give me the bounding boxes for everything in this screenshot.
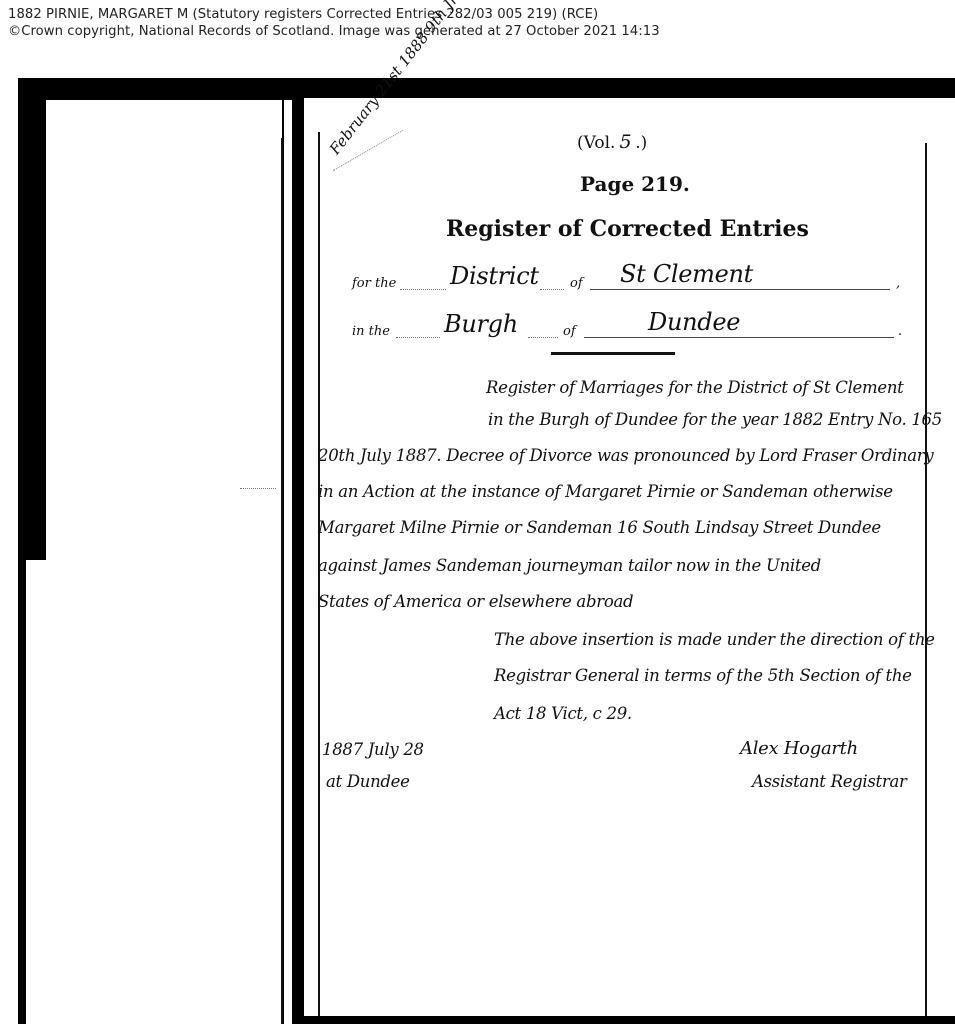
left-page-border-rule [281, 138, 283, 1024]
volume-value: 5 [619, 131, 631, 153]
entry-line: against James Sandeman journeyman tailor… [318, 556, 821, 575]
burgh-row-end: . [898, 324, 902, 339]
heading-underline [551, 352, 675, 355]
gutter [284, 100, 292, 1024]
district-of-label: of [570, 276, 583, 291]
district-row-label: for the [352, 276, 396, 291]
left-page-edge [26, 560, 66, 1024]
entry-line: Margaret Milne Pirnie or Sandeman 16 Sou… [318, 518, 881, 537]
entry-place: at Dundee [326, 772, 410, 791]
volume-prefix: (Vol. [577, 133, 615, 153]
burgh-underline [584, 337, 894, 338]
entry-line: in an Action at the instance of Margaret… [318, 482, 893, 501]
dotted-fill [540, 289, 564, 290]
entry-date: 1887 July 28 [322, 740, 424, 759]
authority-line: The above insertion is made under the di… [494, 630, 935, 649]
page-bottom-edge [300, 1016, 955, 1024]
authority-line: Registrar General in terms of the 5th Se… [494, 666, 912, 685]
entry-line: 20th July 1887. Decree of Divorce was pr… [318, 446, 933, 465]
district-name-value: St Clement [620, 260, 753, 288]
district-type-value: District [450, 262, 539, 290]
entry-line: Register of Marriages for the District o… [486, 378, 904, 397]
burgh-row-label: in the [352, 324, 390, 339]
scan-mark [240, 488, 276, 489]
district-underline [590, 289, 890, 290]
page-right-border-rule [925, 143, 927, 1016]
volume-number: (Vol.5.) [577, 131, 647, 153]
record-title: 1882 PIRNIE, MARGARET M (Statutory regis… [8, 6, 660, 23]
register-title: Register of Corrected Entries [446, 216, 809, 242]
registrar-signature: Alex Hogarth [740, 738, 858, 759]
burgh-name-value: Dundee [648, 308, 740, 336]
entry-line: in the Burgh of Dundee for the year 1882… [488, 410, 942, 429]
burgh-of-label: of [563, 324, 576, 339]
book-spine [292, 96, 304, 1024]
left-blank-page [46, 100, 282, 1024]
burgh-type-value: Burgh [444, 310, 518, 338]
copyright-line: ©Crown copyright, National Records of Sc… [8, 23, 660, 40]
registrar-title: Assistant Registrar [752, 772, 907, 791]
district-row-end: , [896, 276, 900, 291]
entry-line: States of America or elsewhere abroad [318, 592, 633, 611]
authority-line: Act 18 Vict, c 29. [494, 704, 632, 723]
dotted-fill [400, 289, 446, 290]
dotted-fill [396, 337, 440, 338]
record-citation-header: 1882 PIRNIE, MARGARET M (Statutory regis… [8, 6, 660, 40]
page-number: Page 219. [580, 172, 690, 196]
volume-suffix: .) [635, 133, 647, 153]
dotted-fill [528, 337, 558, 338]
